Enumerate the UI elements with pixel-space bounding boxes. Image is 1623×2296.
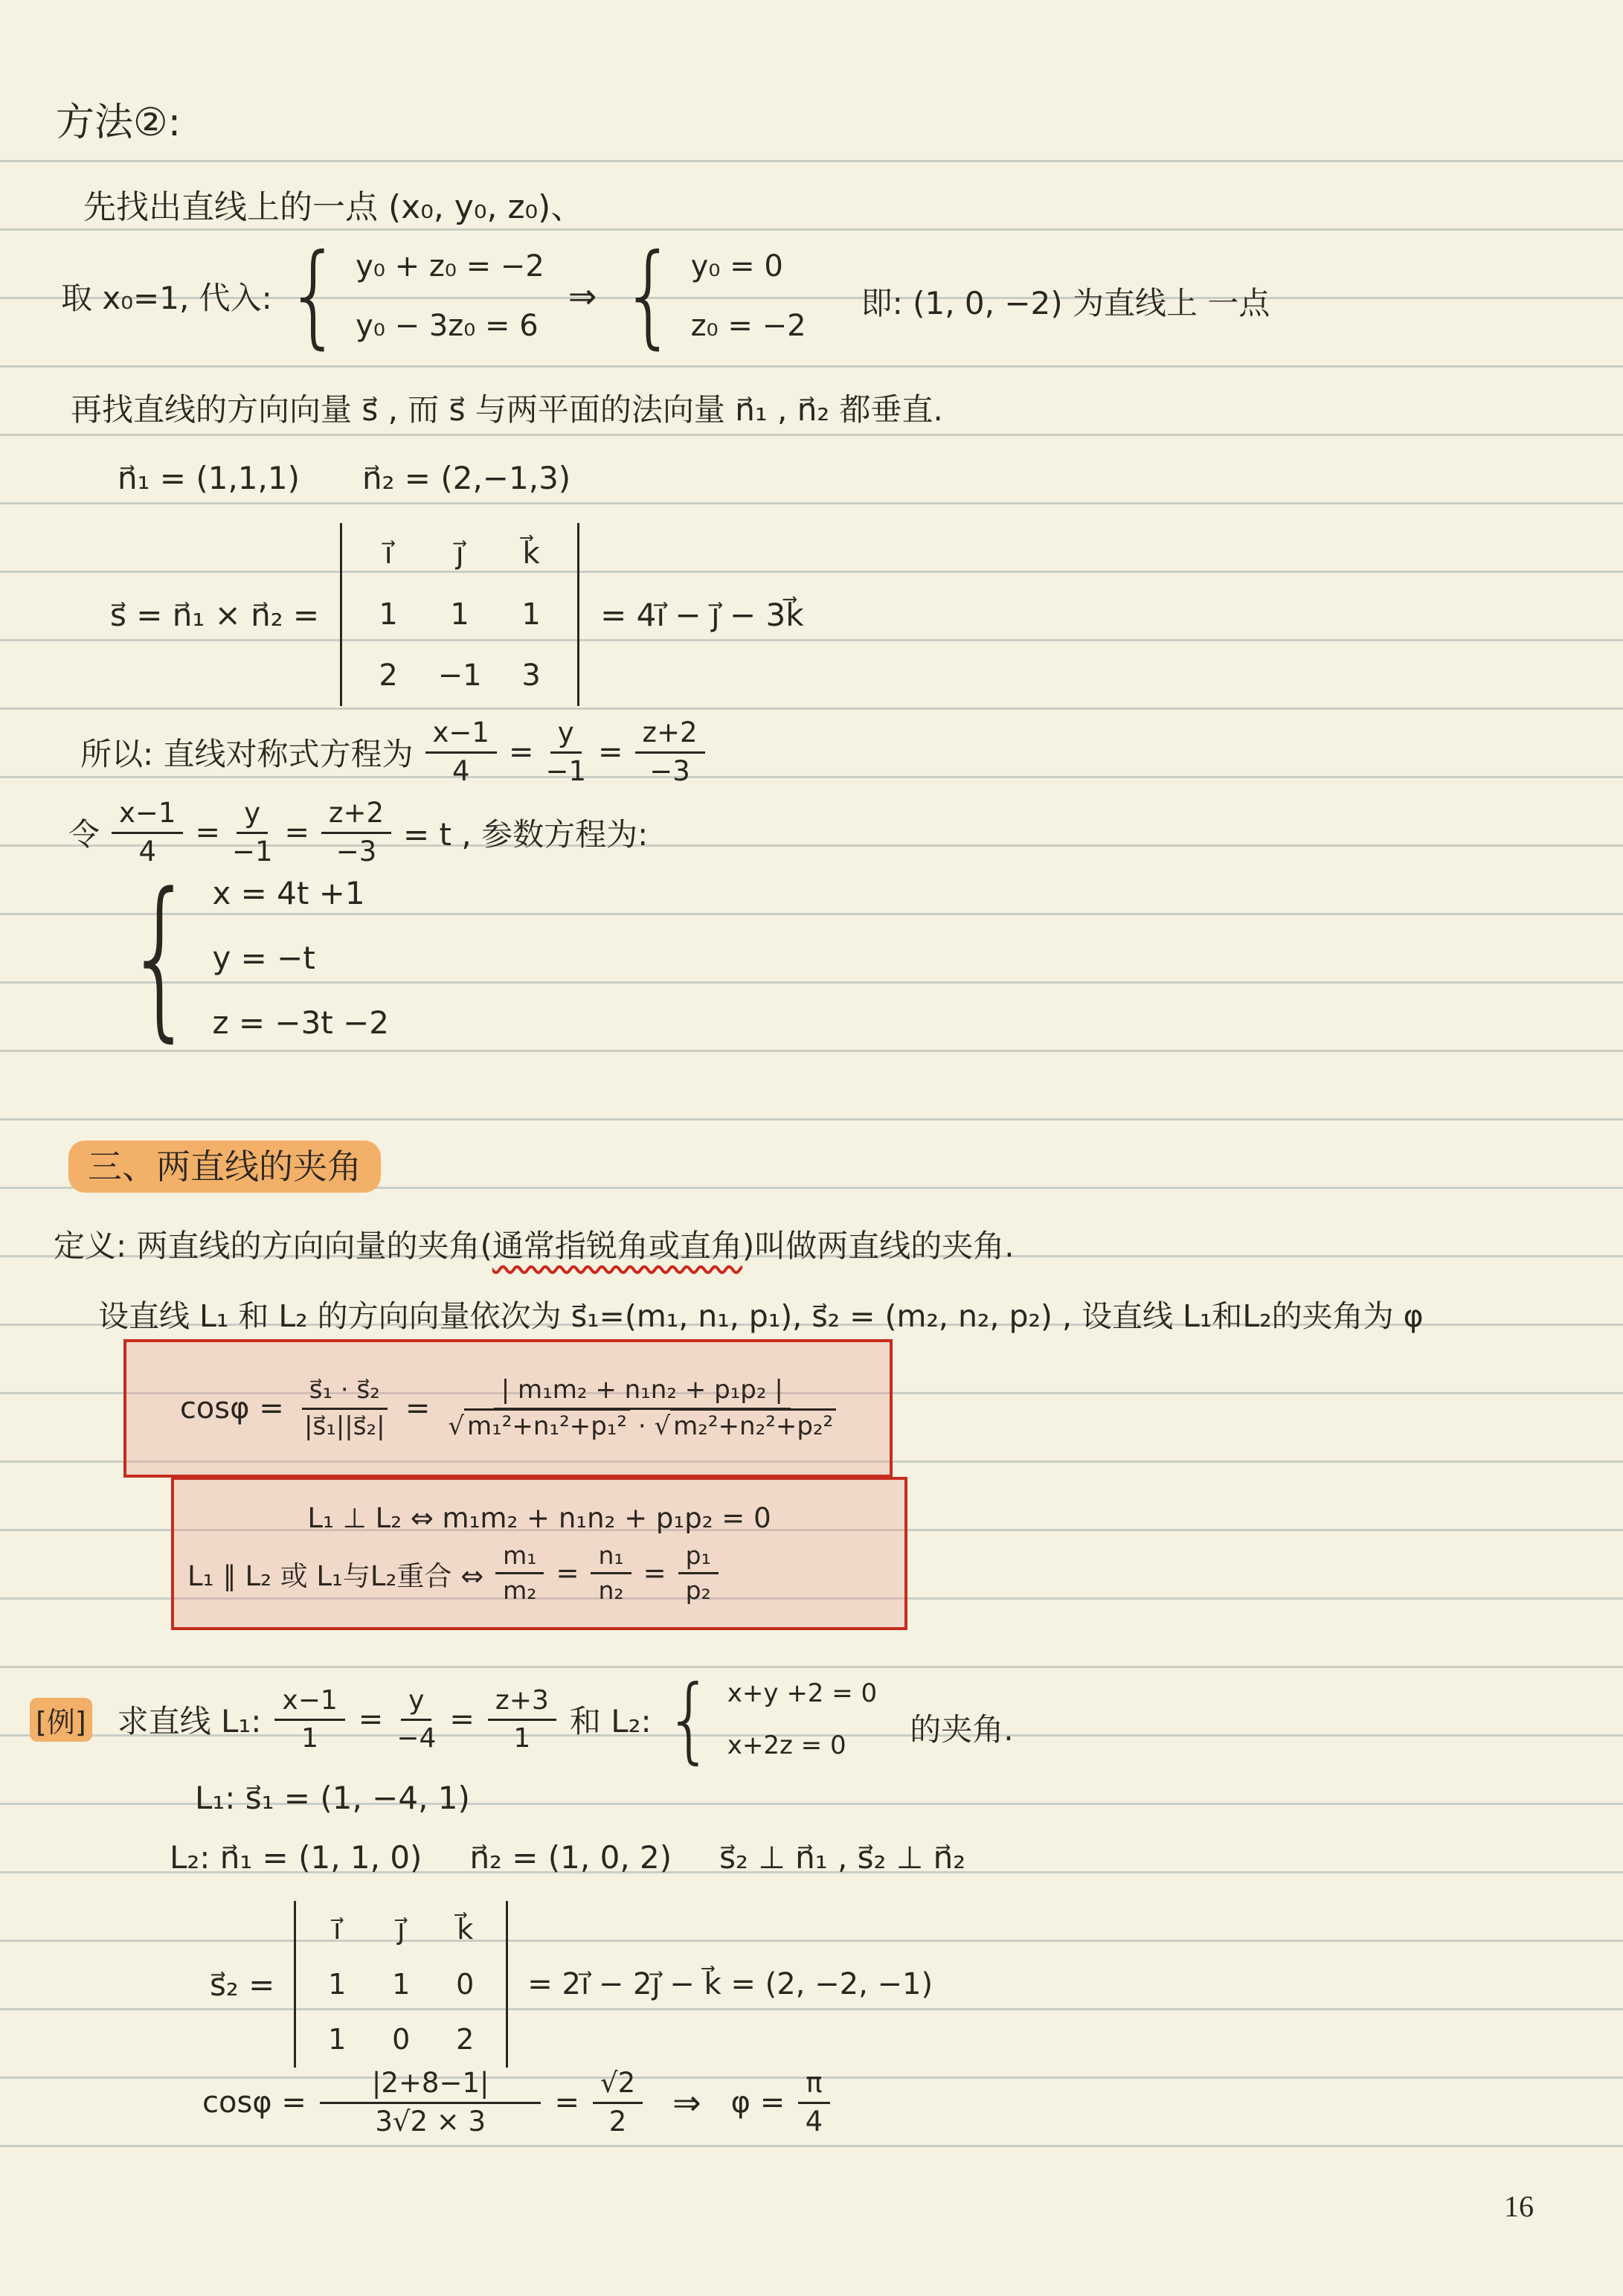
- L2-normal-vectors-line: L₂: n⃗₁ = (1, 1, 0) n⃗₂ = (1, 0, 2) s⃗₂ …: [170, 1839, 965, 1876]
- left-brace-system2: {: [620, 240, 677, 352]
- L1-direction-vector: L₁: s⃗₁ = (1, −4, 1): [195, 1780, 470, 1816]
- direction-vectors-setup: 设直线 L₁ 和 L₂ 的方向向量依次为 s⃗₁=(m₁, n₁, p₁), s…: [98, 1292, 1424, 1335]
- find-point-line: 先找出直线上的一点 (x₀, y₀, z₀)、: [83, 180, 583, 228]
- det-cell: −1: [438, 658, 482, 693]
- equals-sign: =: [643, 1557, 666, 1589]
- L2-n2: n⃗₂ = (1, 0, 2): [469, 1839, 672, 1876]
- det-cell: k⃗: [457, 1913, 473, 1946]
- let-prefix: 令: [68, 810, 100, 855]
- example-fraction-y: y −4: [396, 1685, 436, 1754]
- param-z: z = −3t −2: [212, 1004, 389, 1041]
- point-note: 即: (1, 0, −2) 为直线上 一点: [861, 279, 1270, 324]
- s2-perpendicular-note: s⃗₂ ⊥ n⃗₁ , s⃗₂ ⊥ n⃗₂: [719, 1839, 965, 1876]
- det-cell: 1: [450, 597, 469, 632]
- parametric-equations: x = 4t +1 y = −t z = −3t −2: [212, 875, 389, 1041]
- eq-y0-plus-z0: y₀ + z₀ = −2: [356, 249, 544, 283]
- param-x: x = 4t +1: [212, 875, 364, 911]
- det-cell: 0: [456, 1968, 474, 2001]
- implies-arrow: ⇒: [568, 276, 597, 316]
- radicand-2: m₂²+n₂²+p₂²: [670, 1408, 836, 1441]
- equals-sign: =: [285, 815, 310, 850]
- equals-sign: =: [359, 1702, 384, 1737]
- det-cell: i⃗: [333, 1913, 341, 1946]
- L2-plane-system: x+y +2 = 0 x+2z = 0: [727, 1678, 877, 1760]
- fraction-z: z+2 −3: [321, 798, 391, 868]
- det-cell: 1: [521, 597, 540, 632]
- det-cell: k⃗: [523, 536, 540, 571]
- notebook-page: 方法②: 先找出直线上的一点 (x₀, y₀, z₀)、 取 x₀=1, 代入:…: [0, 0, 1623, 2296]
- example-line: [例] 求直线 L₁: x−1 1 = y −4 = z+3 1 和 L₂: {…: [30, 1664, 1014, 1775]
- definition-post: )叫做两直线的夹角.: [742, 1228, 1015, 1264]
- method2-title: 方法②:: [56, 91, 181, 147]
- cross-product-result: = 4i⃗ − j⃗ − 3k⃗: [600, 597, 803, 633]
- eq-y0-minus-3z0: y₀ − 3z₀ = 6: [356, 309, 539, 343]
- cos-lhs: cosφ =: [202, 2085, 306, 2120]
- equation-system-1: y₀ + z₀ = −2 y₀ − 3z₀ = 6: [356, 249, 544, 343]
- cross-product-block: s⃗ = n⃗₁ × n⃗₂ = i⃗ j⃗ k⃗ 1 1 1 2 −1 3 =…: [110, 503, 804, 726]
- det-cell: j⃗: [456, 536, 464, 571]
- cos-lhs: cosφ =: [180, 1391, 284, 1426]
- example-tag-highlight: [例]: [30, 1698, 92, 1742]
- eq-z0-solution: z₀ = −2: [691, 309, 806, 343]
- example-fraction-z: z+3 1: [488, 1685, 556, 1754]
- parallel-condition-text: L₁ ∥ L₂ 或 L₁与L₂重合 ⇔: [187, 1553, 483, 1594]
- perpendicular-condition: L₁ ⊥ L₂ ⇔ m₁m₂ + n₁n₂ + p₁p₂ = 0: [174, 1502, 904, 1534]
- det-cell: i⃗: [385, 536, 393, 571]
- dot-sign: ·: [638, 1411, 646, 1441]
- section-heading-highlight: 三、两直线的夹角: [68, 1141, 381, 1193]
- parallel-condition-row: L₁ ∥ L₂ 或 L₁与L₂重合 ⇔ m₁ m₂ = n₁ n₂ = p₁ p…: [174, 1542, 904, 1605]
- plane-eq-1: x+y +2 = 0: [727, 1678, 877, 1708]
- equals-sign: =: [598, 735, 623, 769]
- fraction-m: m₁ m₂: [495, 1542, 544, 1605]
- radicand-1: m₁²+n₁²+p₁²: [464, 1408, 630, 1441]
- equals-sign: =: [556, 1557, 579, 1589]
- det-cell: 3: [521, 658, 540, 693]
- symmetric-equation-line: 所以: 直线对称式方程为 x−1 4 = y −1 = z+2 −3: [80, 707, 705, 798]
- conditions-box: L₁ ⊥ L₂ ⇔ m₁m₂ + n₁n₂ + p₁p₂ = 0 L₁ ∥ L₂…: [171, 1477, 907, 1630]
- det-cell: 1: [392, 1968, 410, 2001]
- normal-vector-n1: n⃗₁ = (1,1,1): [118, 460, 300, 496]
- parameter-suffix: = t , 参数方程为:: [403, 810, 648, 855]
- det-cell: 2: [379, 658, 397, 693]
- param-y: y = −t: [212, 940, 315, 976]
- eq-y0-solution: y₀ = 0: [691, 249, 783, 283]
- example-suffix: 的夹角.: [910, 1705, 1013, 1750]
- left-brace-L2-system: {: [665, 1673, 714, 1766]
- equals-sign: =: [554, 2085, 579, 2120]
- equation-system-2: y₀ = 0 z₀ = −2: [691, 249, 806, 343]
- equals-sign: =: [449, 1702, 475, 1737]
- cos-formula-row: cosφ = s⃗₁ · s⃗₂ |s⃗₁||s⃗₂| = | m₁m₂ + n…: [180, 1376, 836, 1440]
- pi-over-4-fraction: π 4: [798, 2068, 829, 2138]
- equals-sign: =: [509, 735, 534, 769]
- s2-lhs: s⃗₂ =: [210, 1966, 274, 2003]
- example-prefix: 求直线 L₁:: [118, 1697, 262, 1742]
- fraction-p: p₁ p₂: [678, 1542, 719, 1605]
- sqrt2-over-2-fraction: √2 2: [593, 2068, 643, 2138]
- s2-result: = 2i⃗ − 2j⃗ − k⃗ = (2, −2, −1): [527, 1967, 933, 2001]
- det-cell: 1: [328, 1968, 346, 2001]
- dot-product-fraction: s⃗₁ · s⃗₂ |s⃗₁||s⃗₂|: [302, 1376, 388, 1440]
- equals-sign: =: [195, 815, 220, 850]
- fraction-y: y −1: [545, 717, 586, 787]
- determinant-3x3: i⃗ j⃗ k⃗ 1 1 1 2 −1 3: [340, 523, 579, 706]
- left-brace-system1: {: [286, 240, 342, 352]
- equals-sign: =: [405, 1391, 431, 1426]
- det-cell: j⃗: [397, 1913, 405, 1946]
- substitute-prefix: 取 x₀=1, 代入:: [61, 274, 272, 318]
- fraction-z: z+2 −3: [635, 717, 705, 787]
- definition-wavy-underline: 通常指锐角或直角: [492, 1228, 742, 1264]
- normal-vector-n2: n⃗₂ = (2,−1,3): [362, 460, 571, 496]
- direction-vector-line: 再找直线的方向向量 s⃗ , 而 s⃗ 与两平面的法向量 n⃗₁ , n⃗₂ 都…: [71, 385, 943, 430]
- parametric-system: { x = 4t +1 y = −t z = −3t −2: [125, 865, 389, 1051]
- L2-n1: L₂: n⃗₁ = (1, 1, 0): [170, 1839, 422, 1876]
- det-cell: 1: [379, 597, 397, 632]
- definition-line: 定义: 两直线的方向向量的夹角(通常指锐角或直角)叫做两直线的夹角.: [54, 1222, 1015, 1266]
- sqrt-sign: √: [655, 1411, 671, 1441]
- example-fraction-x: x−1 1: [274, 1685, 344, 1754]
- section-heading: 三、两直线的夹角: [68, 1140, 381, 1189]
- sqrt-denominator: √m₁²+n₁²+p₁² · √m₂²+n₂²+p₂²: [448, 1410, 836, 1441]
- sqrt-sign: √: [448, 1411, 464, 1441]
- page-number: 16: [1504, 2189, 1534, 2224]
- implies-arrow: ⇒: [672, 2082, 701, 2123]
- left-brace-parametric: {: [125, 871, 196, 1045]
- definition-pre: 定义: 两直线的方向向量的夹角(: [54, 1228, 492, 1264]
- plane-eq-2: x+2z = 0: [727, 1731, 846, 1760]
- cos-computation-line: cosφ = |2+8−1| 3√2 × 3 = √2 2 ⇒ φ = π 4: [202, 2043, 830, 2162]
- example-mid: 和 L₂:: [570, 1697, 652, 1742]
- component-fraction: | m₁m₂ + n₁n₂ + p₁p₂ | √m₁²+n₁²+p₁² · √m…: [448, 1376, 836, 1440]
- substitution-row: 取 x₀=1, 代入: { y₀ + z₀ = −2 y₀ − 3z₀ = 6 …: [61, 231, 1270, 362]
- fraction-x: x−1 4: [425, 717, 497, 787]
- fraction-y: y −1: [232, 798, 273, 868]
- fraction-n: n₁ n₂: [591, 1542, 631, 1605]
- symmetric-prefix: 所以: 直线对称式方程为: [80, 730, 414, 775]
- cross-product-lhs: s⃗ = n⃗₁ × n⃗₂ =: [110, 597, 319, 633]
- cos-formula-box: cosφ = s⃗₁ · s⃗₂ |s⃗₁||s⃗₂| = | m₁m₂ + n…: [123, 1339, 893, 1478]
- cos-value-fraction: |2+8−1| 3√2 × 3: [320, 2068, 541, 2138]
- phi-lhs: φ =: [731, 2085, 785, 2120]
